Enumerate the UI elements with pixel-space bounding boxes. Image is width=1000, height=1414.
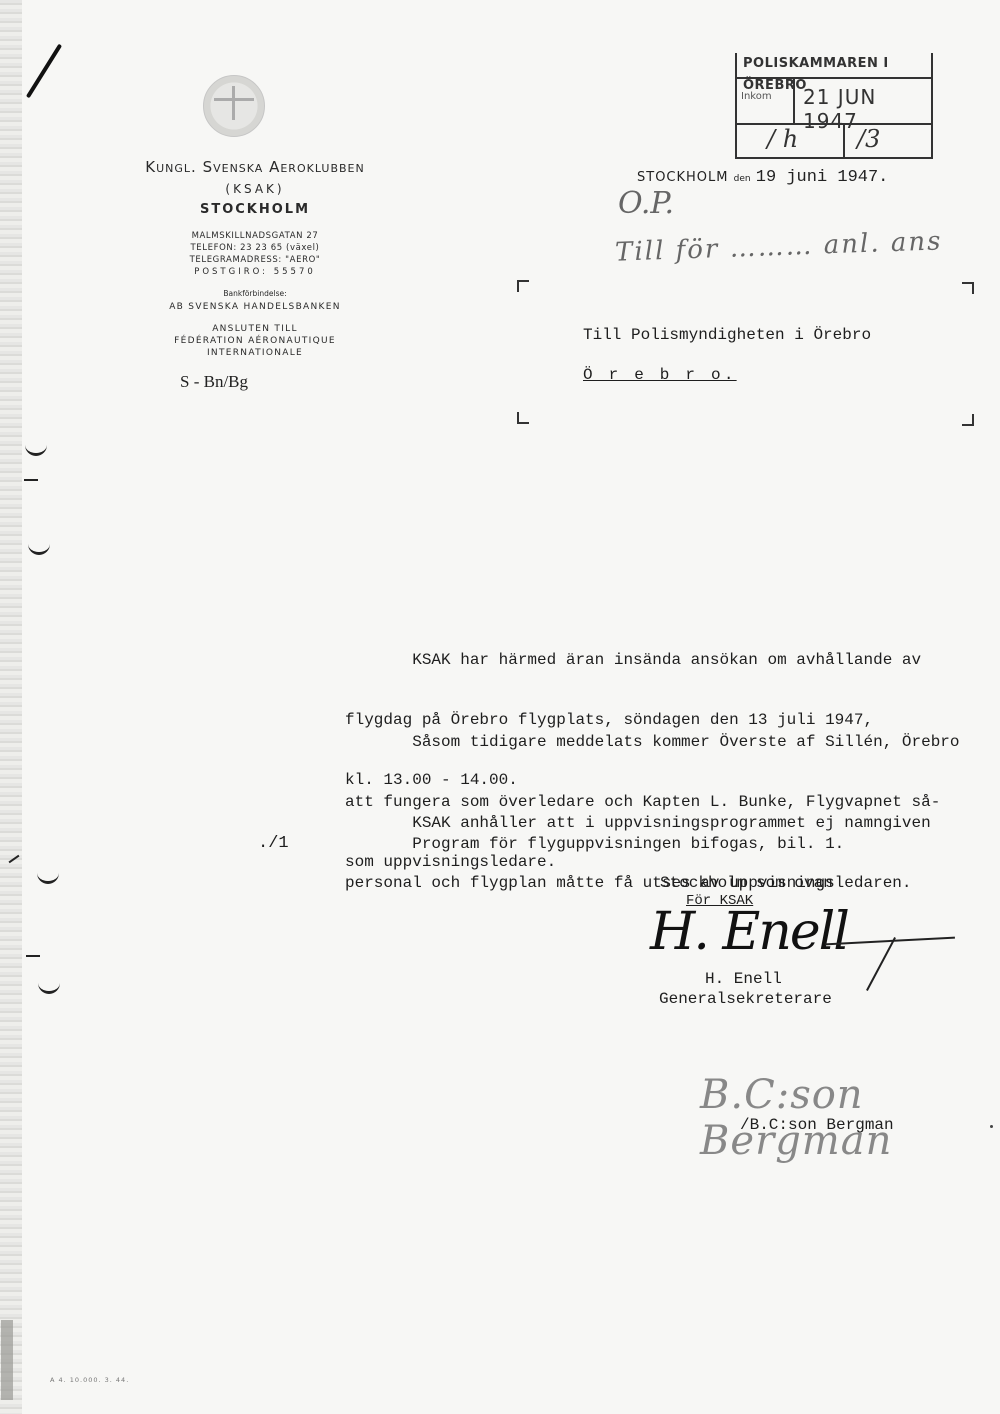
recipient-city: Ö r e b r o.: [583, 366, 737, 384]
handwritten-note-text: Till för ……… anl. ans: [615, 226, 943, 267]
enclosure-mark: ./1: [258, 834, 289, 853]
body-line: KSAK anhåller att i uppvisningsprogramme…: [345, 813, 931, 833]
closing-place: Stockholm som ovan: [660, 874, 833, 892]
signature-flourish: [866, 937, 896, 991]
print-code: A 4. 10.000. 3. 44.: [50, 1376, 129, 1384]
punch-guide-mark: [24, 479, 38, 481]
dateline-place: STOCKHOLM: [637, 170, 729, 185]
second-signer-name: /B.C:son Bergman: [740, 1116, 894, 1134]
body-paragraph-4: Program för flyguppvisningen bifogas, bi…: [345, 834, 844, 854]
stamp-header: POLISKAMMAREN I ÖREBRO: [737, 53, 931, 79]
affiliation-line: INTERNATIONALE: [110, 347, 400, 359]
scanned-binding-mark: [1, 1320, 13, 1400]
letterhead-affiliation: ANSLUTEN TILL FÉDÉRATION AÉRONAUTIQUE IN…: [110, 323, 400, 359]
letterhead-bank: AB SVENSKA HANDELSBANKEN: [110, 302, 400, 312]
stamp-divider: [793, 79, 795, 123]
signer-name: H. Enell: [705, 970, 782, 988]
stamp-number-left: / h: [767, 125, 798, 153]
punch-hole-mark: [28, 541, 50, 555]
scanned-binding-edge: [0, 0, 22, 1414]
punch-hole-mark: [25, 442, 47, 456]
received-stamp: POLISKAMMAREN I ÖREBRO Inkom 21 JUN 1947…: [735, 53, 933, 159]
punch-guide-mark: [26, 955, 40, 957]
stamp-date-row: Inkom 21 JUN 1947: [737, 79, 931, 125]
handwritten-slash-mark: [26, 44, 62, 99]
body-line: personal och flygplan måtte få utses av …: [345, 873, 931, 893]
reference-code: S - Bn/Bg: [180, 372, 248, 392]
address-window-corner: [517, 280, 529, 292]
letterhead-bank-label: Bankförbindelse:: [110, 289, 400, 298]
dateline-date: 19 juni 1947.: [756, 168, 889, 187]
letterhead-phone: TELEFON: 23 23 65 (växel): [110, 242, 400, 254]
recipient-line: Till Polismyndigheten i Örebro: [583, 326, 871, 344]
signer-title: Generalsekreterare: [659, 990, 832, 1008]
stray-mark: [990, 1125, 993, 1128]
punch-hole-mark: [38, 980, 60, 994]
body-line: KSAK har härmed äran insända ansökan om …: [345, 650, 921, 670]
letterhead-street: MALMSKILLNADSGATAN 27: [110, 230, 400, 242]
letterhead-address: MALMSKILLNADSGATAN 27 TELEFON: 23 23 65 …: [110, 230, 400, 278]
stamp-divider: [843, 123, 845, 157]
handwritten-note-initials: O.P.: [618, 186, 674, 221]
stamp-number-right: /3: [857, 125, 880, 153]
stamp-number-row: / h /3: [737, 123, 931, 157]
affiliation-line: FÉDÉRATION AÉRONAUTIQUE: [110, 335, 400, 347]
dateline: STOCKHOLM den 19 juni 1947.: [637, 168, 888, 187]
letterhead-abbreviation: (KSAK): [110, 182, 400, 196]
ksak-emblem-icon: [203, 75, 265, 137]
punch-hole-mark: [37, 870, 59, 884]
affiliation-line: ANSLUTEN TILL: [110, 323, 400, 335]
address-window-corner: [962, 282, 974, 294]
dateline-den: den: [734, 174, 751, 184]
address-window-corner: [517, 412, 529, 424]
letterhead-name: Kungl. Svenska Aeroklubben: [110, 158, 400, 176]
letterhead-postgiro: POSTGIRO: 55570: [110, 266, 400, 278]
letterhead-city: STOCKHOLM: [110, 202, 400, 217]
signature-enell: H. Enell: [650, 902, 848, 962]
body-line: Såsom tidigare meddelats kommer Överste …: [345, 732, 960, 752]
address-window-corner: [962, 414, 974, 426]
stamp-received-label: Inkom: [741, 91, 772, 102]
letterhead-telegram: TELEGRAMADRESS: "AERO": [110, 254, 400, 266]
